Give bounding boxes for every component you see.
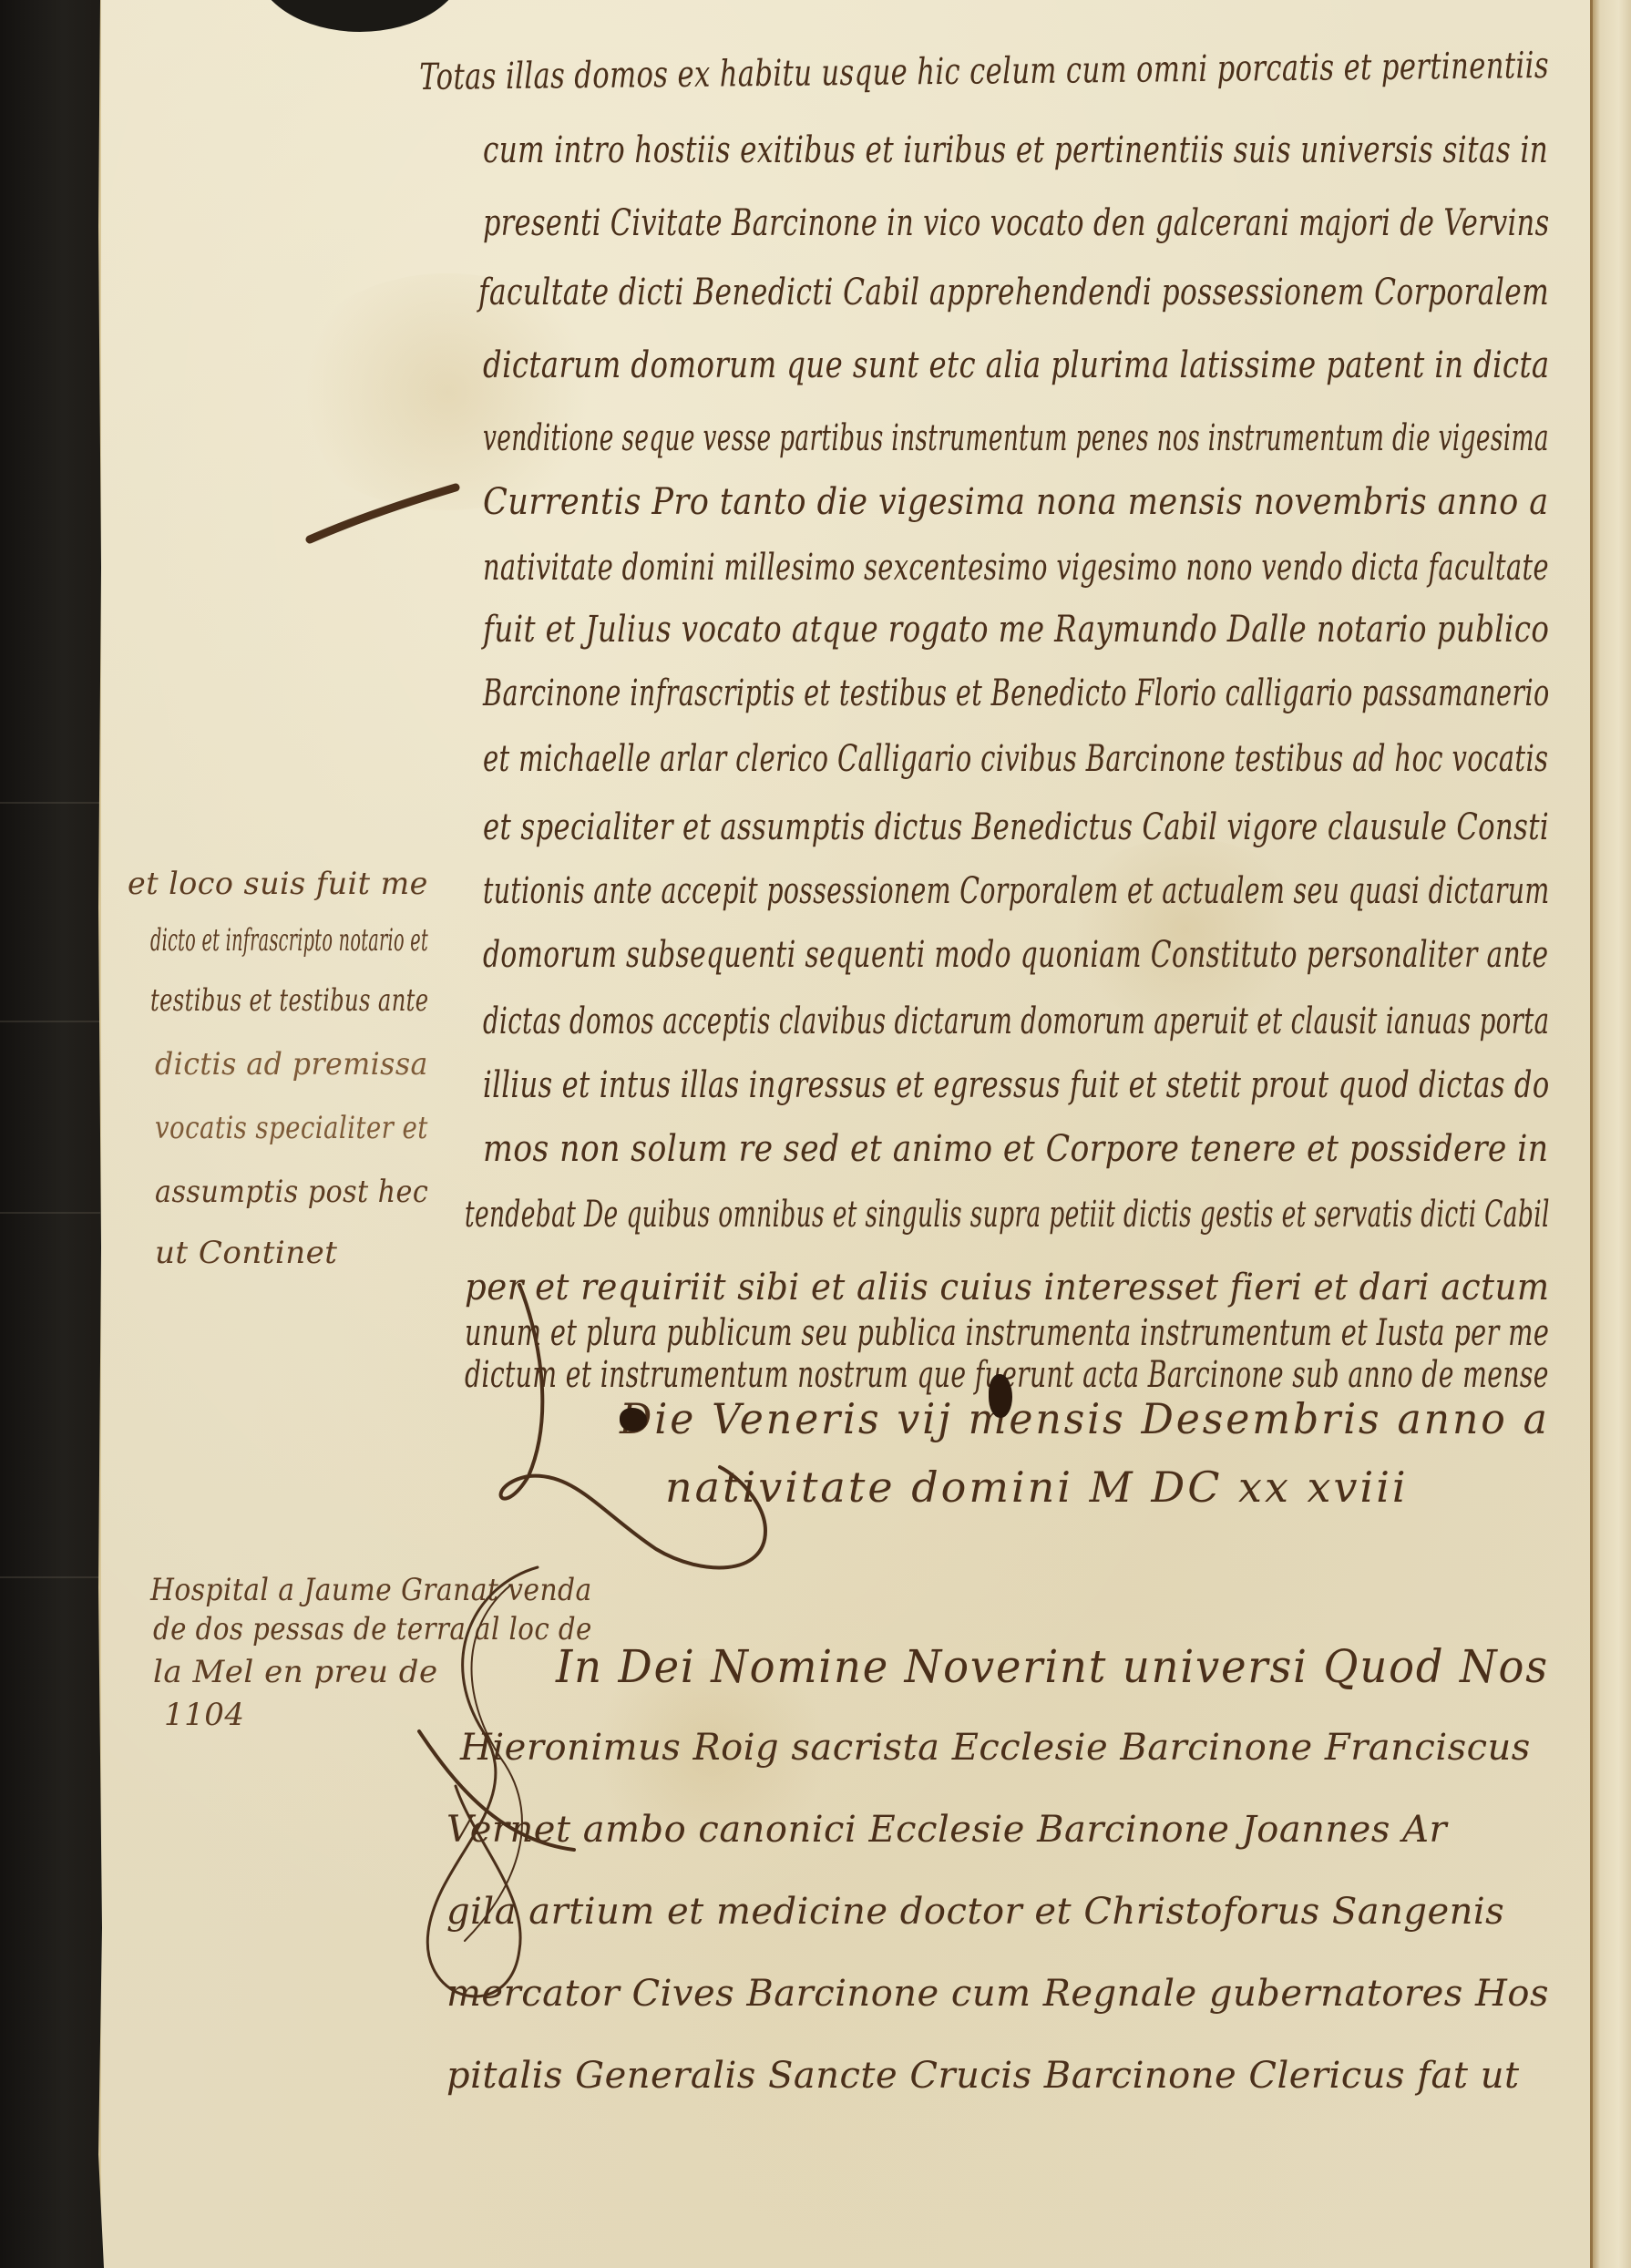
text-line: gila artium et medicine doctor et Christ… — [446, 1891, 1504, 1933]
text-line: et michaelle arlar clerico Calligario ci… — [483, 738, 1548, 780]
margin-line: assumptis post hec — [155, 1174, 428, 1210]
margin-dash-mark — [301, 474, 465, 565]
margin-line: testibus et testibus ante — [150, 982, 428, 1019]
text-line: Hieronimus Roig sacrista Ecclesie Barcin… — [460, 1727, 1531, 1769]
ink-blot — [989, 1374, 1012, 1418]
text-line: venditione seque vesse partibus instrume… — [483, 417, 1549, 459]
margin-line: vocatis specialiter et — [155, 1110, 428, 1146]
text-line: mercator Cives Barcinone cum Regnale gub… — [446, 1973, 1549, 2015]
paper-stain — [1058, 838, 1313, 1021]
text-line: et specialiter et assumptis dictus Bened… — [483, 806, 1549, 848]
binding-crease — [0, 1021, 100, 1022]
margin-line: ut Continet — [155, 1235, 337, 1271]
invocation-line: In Dei Nomine Noverint universi Quod Nos — [556, 1640, 1549, 1693]
margin-line: dictis ad premissa — [155, 1046, 428, 1083]
text-line: tutionis ante accepit possessionem Corpo… — [483, 870, 1550, 912]
binding-crease — [0, 1576, 100, 1578]
margin-line: et loco suis fuit me — [128, 866, 428, 902]
text-line: Currentis Pro tanto die vigesima nona me… — [483, 481, 1549, 523]
margin-line: la Mel en preu de — [153, 1654, 438, 1690]
text-line: dictarum domorum que sunt etc alia pluri… — [483, 344, 1550, 386]
margin-line: 1104 — [164, 1697, 245, 1733]
text-line: Barcinone infrascriptis et testibus et B… — [483, 672, 1550, 714]
dark-binding-backing — [0, 0, 105, 2268]
binding-crease — [0, 1212, 100, 1214]
gutter-fold-line — [1590, 0, 1593, 2268]
text-line: illius et intus illas ingressus et egres… — [483, 1064, 1550, 1106]
text-line: tendebat De quibus omnibus et singulis s… — [465, 1194, 1550, 1236]
text-line: dictas domos acceptis clavibus dictarum … — [483, 1001, 1550, 1042]
text-line: facultate dicti Benedicti Cabil apprehen… — [478, 272, 1549, 313]
binding-crease — [0, 802, 100, 804]
text-line: fuit et Julius vocato atque rogato me Ra… — [483, 609, 1549, 651]
text-line: cum intro hostiis exitibus et iuribus et… — [483, 129, 1548, 171]
text-line: pitalis Generalis Sancte Crucis Barcinon… — [446, 2055, 1520, 2097]
facing-page-edge — [1590, 0, 1631, 2268]
text-line: domorum subsequenti sequenti modo quonia… — [483, 934, 1548, 976]
ink-blot — [620, 1408, 647, 1432]
text-line: Vernet ambo canonici Ecclesie Barcinone … — [446, 1809, 1447, 1851]
text-line: presenti Civitate Barcinone in vico voca… — [483, 202, 1550, 244]
text-line: mos non solum re sed et animo et Corpore… — [483, 1128, 1548, 1170]
text-line: nativitate domini millesimo sexcentesimo… — [483, 547, 1549, 589]
manuscript-scene: Totas illas domos ex habitu usque hic ce… — [0, 0, 1631, 2268]
margin-line: dicto et infrascripto notario et — [150, 922, 428, 959]
